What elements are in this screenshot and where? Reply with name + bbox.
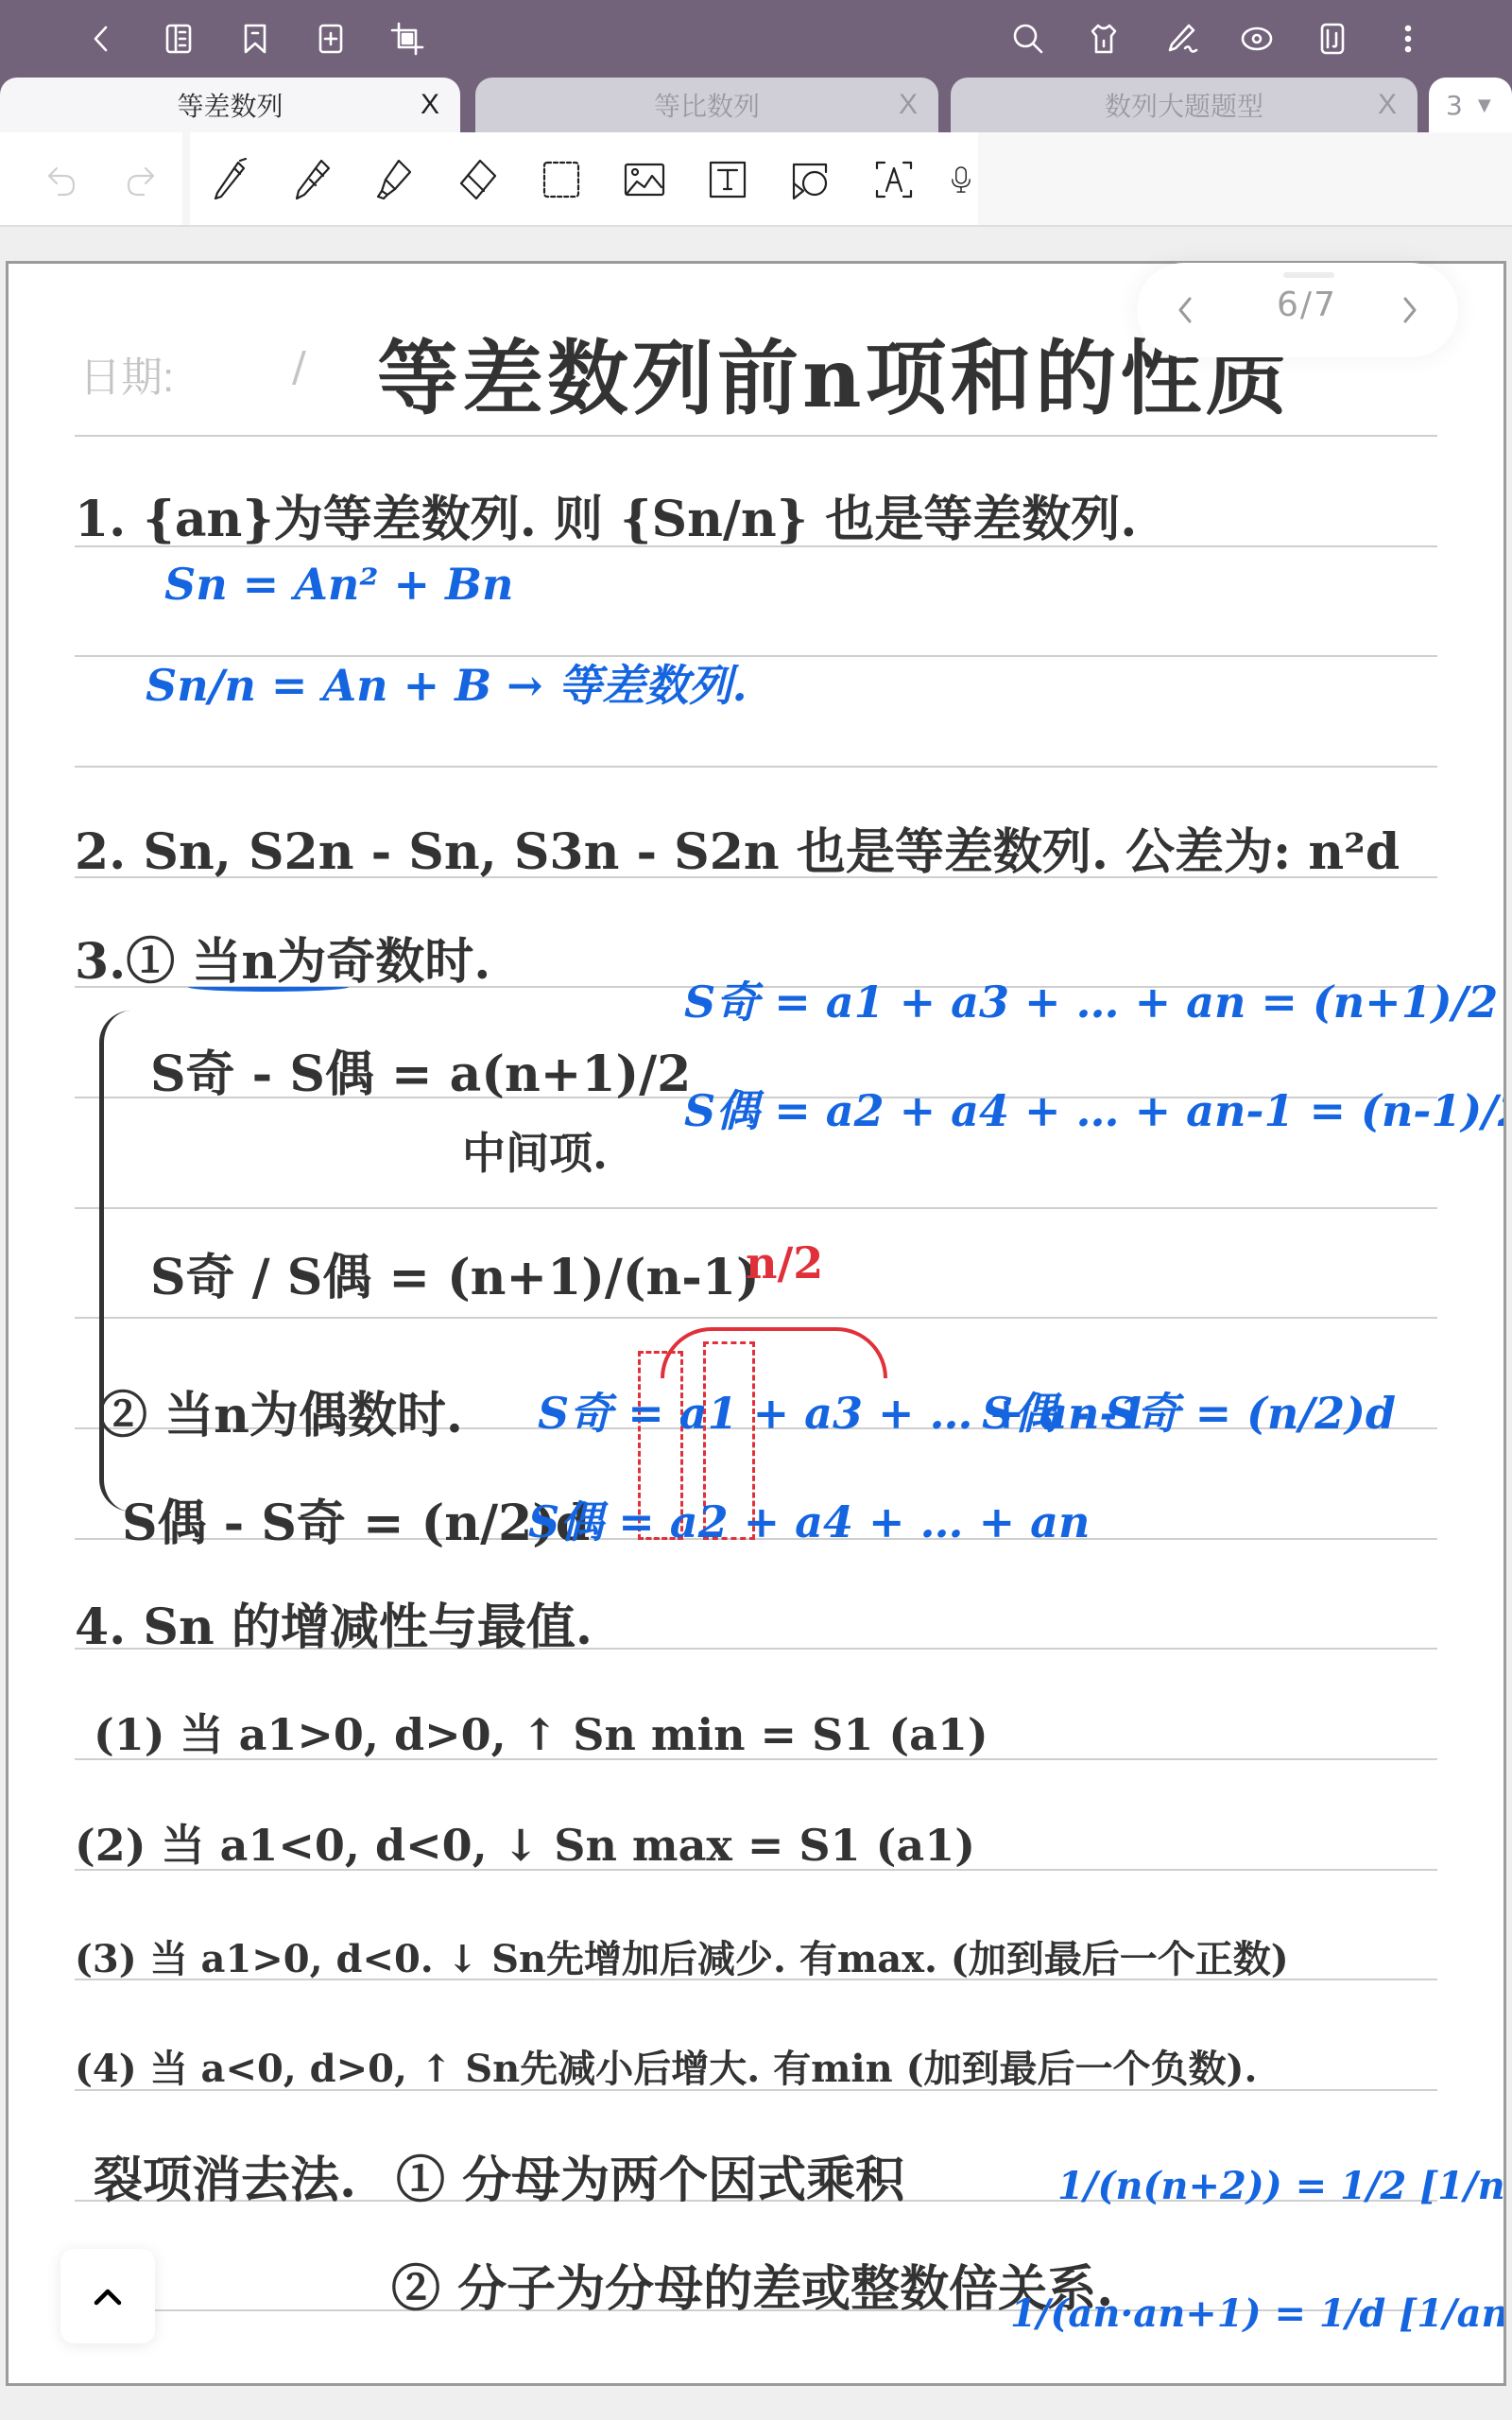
page-navigator: 6/7 [1137, 263, 1458, 357]
note-case-4: (4) 当 a<0, d>0, ↑ Sn先减小后增大. 有min (加到最后一个… [75, 2039, 1257, 2093]
note-formula-sn: Sn = An² + Bn [164, 559, 513, 610]
next-page-icon[interactable] [1386, 284, 1434, 337]
note-case-1: (1) 当 a1>0, d>0, ↑ Sn min = S1 (a1) [94, 1701, 988, 1763]
tab-label: 等比数列 [654, 86, 760, 124]
ruled-line [75, 1207, 1437, 1209]
note-telescoping-rule-2: ② 分子为分母的差或整数倍关系. [391, 2249, 1113, 2320]
tab-arithmetic-sequence[interactable]: 等差数列 X [0, 78, 460, 132]
caret-down-icon: ▼ [1478, 95, 1491, 115]
ruled-line [75, 435, 1437, 437]
search-icon[interactable] [1005, 15, 1052, 62]
date-label: 日期: [79, 343, 174, 404]
note-telescoping-rule-1: ① 分母为两个因式乘积 [396, 2140, 904, 2211]
note-even-case-even-sum: S偶 = a2 + a4 + … + an [528, 1488, 1090, 1550]
tab-geometric-sequence[interactable]: 等比数列 X [475, 78, 938, 132]
redo-icon[interactable] [112, 151, 168, 208]
ruled-line [75, 1317, 1437, 1319]
undo-icon[interactable] [34, 151, 91, 208]
eraser-icon[interactable] [450, 151, 507, 208]
close-tab-icon[interactable]: X [899, 89, 918, 121]
back-icon[interactable] [77, 15, 125, 62]
toolbar-divider [182, 132, 190, 225]
image-icon[interactable] [616, 151, 673, 208]
note-case-2: (2) 当 a1<0, d<0, ↓ Sn max = S1 (a1) [75, 1811, 975, 1874]
lasso-select-icon[interactable] [533, 151, 590, 208]
ballpoint-pen-icon[interactable] [283, 151, 340, 208]
note-case-3: (3) 当 a1>0, d<0. ↓ Sn先增加后减少. 有max. (加到最后… [75, 1929, 1289, 1983]
note-telescoping-title: 裂项消去法. [94, 2140, 356, 2211]
read-mode-icon[interactable] [1233, 15, 1280, 62]
tab-count: 3 [1446, 90, 1463, 121]
add-page-icon[interactable] [307, 15, 354, 62]
note-property-3-even: ② 当n为偶数时. [98, 1375, 463, 1446]
scroll-to-top-button[interactable] [60, 2249, 155, 2343]
date-separator: / [292, 343, 306, 391]
red-annotation-n-half: n/2 [746, 1237, 823, 1288]
red-bracket [661, 1327, 887, 1378]
text-box-icon[interactable] [699, 151, 756, 208]
page-indicator: 6/7 [1231, 285, 1383, 324]
bookmark-icon[interactable] [232, 15, 279, 62]
note-odd-difference: S奇 - S偶 = a(n+1)/2 [150, 1034, 691, 1105]
close-tab-icon[interactable]: X [421, 89, 439, 121]
microphone-icon[interactable] [945, 151, 977, 208]
handwriting-icon[interactable] [1158, 15, 1205, 62]
note-middle-term: 中间项. [462, 1119, 608, 1182]
tab-sequence-problems[interactable]: 数列大题题型 X [951, 78, 1417, 132]
note-even-difference: S偶 - S奇 = (n/2)d [122, 1483, 590, 1554]
pen-toolbar [0, 132, 1512, 227]
note-property-2: 2. Sn, S2n - Sn, S3n - S2n 也是等差数列. 公差为: … [75, 812, 1400, 883]
tab-label: 等差数列 [177, 86, 283, 124]
highlighter-icon[interactable] [367, 151, 423, 208]
shape-icon[interactable] [782, 151, 839, 208]
note-odd-ratio: S奇 / S偶 = (n+1)/(n-1) [150, 1237, 760, 1308]
previous-page-icon[interactable] [1161, 284, 1209, 337]
note-even-case-difference: S偶 - S奇 = (n/2)d [982, 1379, 1396, 1442]
note-telescoping-formula-1: 1/(n(n+2)) = 1/2 [1/n - 1/(n+2)] [1057, 2164, 1506, 2208]
note-property-4: 4. Sn 的增减性与最值. [75, 1587, 593, 1658]
blue-underline [188, 982, 349, 992]
chevron-up-icon [89, 2282, 127, 2310]
note-page[interactable]: 日期: / 等差数列前n项和的性质 1. {an}为等差数列. 则 {Sn/n}… [6, 261, 1506, 2386]
layout-icon[interactable] [1309, 15, 1356, 62]
note-telescoping-formula-2: 1/(an·an+1) = 1/d [1/an - 1/an+1] [1010, 2291, 1506, 2336]
top-app-bar [0, 0, 1512, 78]
more-icon[interactable] [1384, 15, 1432, 62]
tab-overflow-menu[interactable]: 3 ▼ [1429, 78, 1512, 132]
close-tab-icon[interactable]: X [1378, 89, 1397, 121]
note-formula-sn-over-n: Sn/n = An + B → 等差数列. [146, 651, 747, 714]
fountain-pen-icon[interactable] [202, 151, 259, 208]
ruled-line [75, 766, 1437, 768]
tab-bar: 等差数列 X 等比数列 X 数列大题题型 X 3 ▼ [0, 78, 1512, 132]
outline-icon[interactable] [155, 15, 202, 62]
note-odd-sum-formula: S奇 = a1 + a3 + … + an = (n+1)/2 · a(n+1)… [684, 968, 1506, 1030]
theme-icon[interactable] [1080, 15, 1127, 62]
ocr-icon[interactable] [866, 151, 922, 208]
tab-label: 数列大题题型 [1105, 86, 1263, 124]
drag-handle[interactable] [1283, 272, 1334, 278]
crop-icon[interactable] [384, 15, 431, 62]
note-even-sum-formula: S偶 = a2 + a4 + … + an-1 = (n-1)/2 · a(n+… [684, 1077, 1506, 1139]
note-property-1: 1. {an}为等差数列. 则 {Sn/n} 也是等差数列. [75, 479, 1137, 550]
